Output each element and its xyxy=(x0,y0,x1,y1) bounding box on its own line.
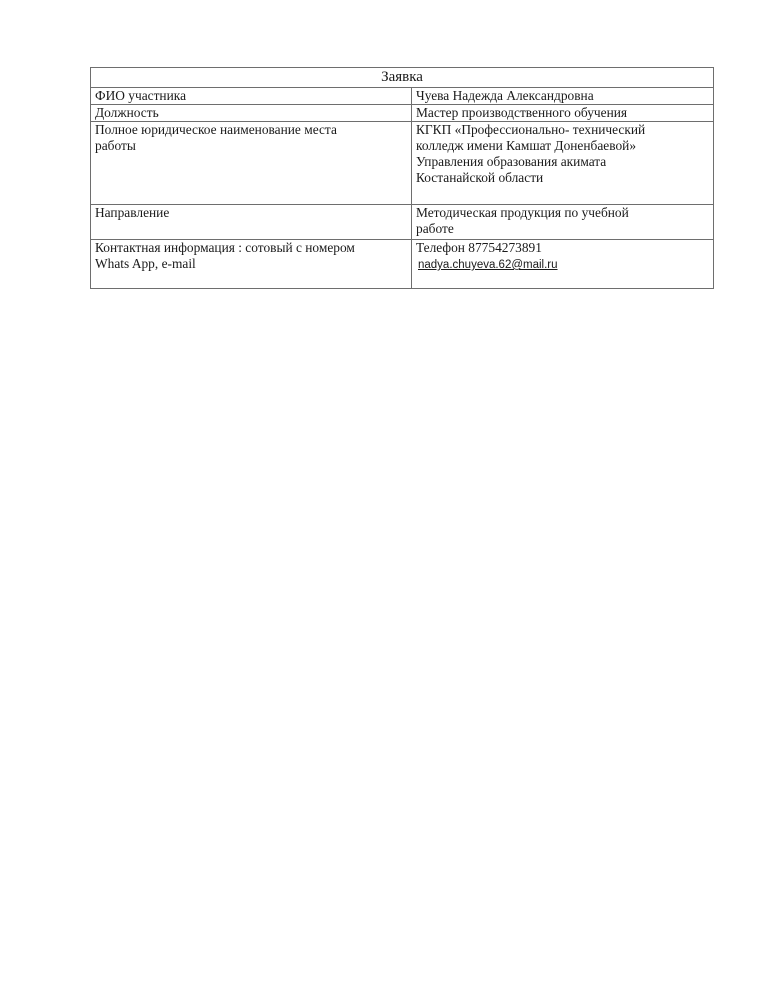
row-label-position: Должность xyxy=(91,105,412,122)
table-title-row: Заявка xyxy=(91,68,714,88)
document-page: Заявка ФИО участника Чуева Надежда Алекс… xyxy=(0,0,768,994)
contact-email-link[interactable]: nadya.chuyeva.62@mail.ru xyxy=(418,256,558,274)
table-row: Направление Методическая продукция по уч… xyxy=(91,205,714,240)
contact-phone: Телефон 87754273891 xyxy=(416,240,713,256)
table-row: ФИО участника Чуева Надежда Александровн… xyxy=(91,88,714,105)
table-row: Полное юридическое наименование места ра… xyxy=(91,122,714,205)
row-label-workplace: Полное юридическое наименование места ра… xyxy=(91,122,412,205)
form-title: Заявка xyxy=(91,68,714,88)
row-value-workplace: КГКП «Профессионально- технический колле… xyxy=(412,122,714,205)
row-value-contact: Телефон 87754273891 nadya.chuyeva.62@mai… xyxy=(412,240,714,289)
row-label-full-name: ФИО участника xyxy=(91,88,412,105)
row-value-direction: Методическая продукция по учебной работе xyxy=(412,205,714,240)
table-row: Должность Мастер производственного обуче… xyxy=(91,105,714,122)
application-form-table: Заявка ФИО участника Чуева Надежда Алекс… xyxy=(90,67,714,289)
row-value-full-name: Чуева Надежда Александровна xyxy=(412,88,714,105)
row-label-direction: Направление xyxy=(91,205,412,240)
table-row: Контактная информация : сотовый с номеро… xyxy=(91,240,714,289)
row-label-contact: Контактная информация : сотовый с номеро… xyxy=(91,240,412,289)
row-value-position: Мастер производственного обучения xyxy=(412,105,714,122)
